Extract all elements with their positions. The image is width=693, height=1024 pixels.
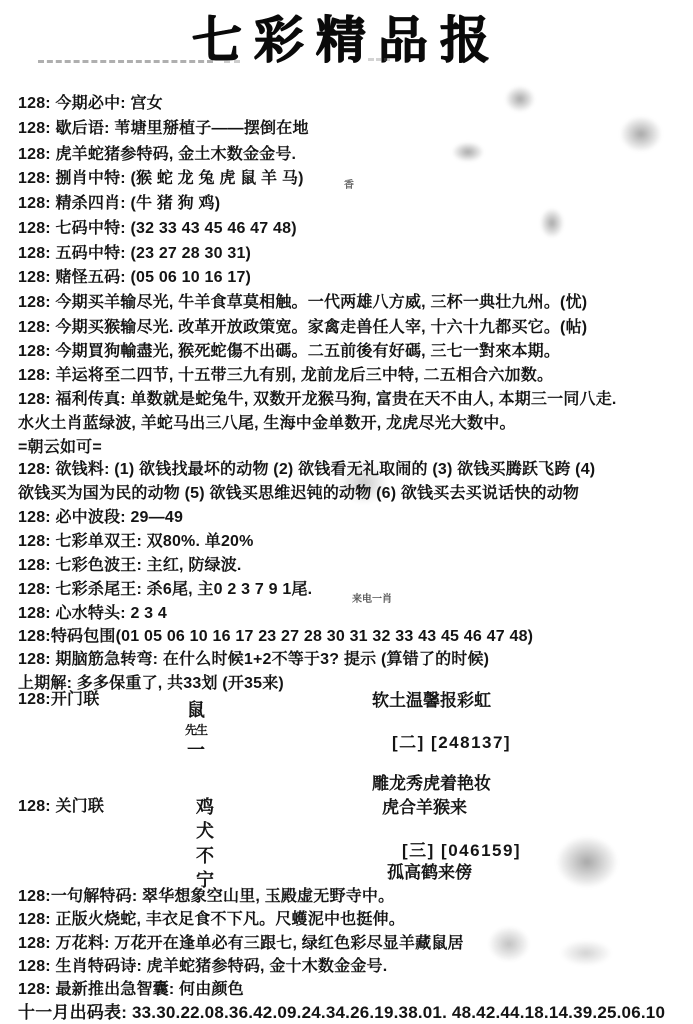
text-line: 128: 期脑筋急转弯: 在什么时候1+2不等于3? 提示 (算错了的时候) <box>18 652 489 668</box>
close-couplet-line1: 虎合羊猴来 <box>382 799 467 816</box>
dashed-underline <box>368 58 390 61</box>
text-line: 128: 今期买猴输尽光. 改革开放政策宽。家禽走兽任人宰, 十六十九都买它。(… <box>18 320 587 336</box>
scan-artifact <box>620 116 662 152</box>
phone-note: 来电一肖 <box>352 590 392 605</box>
close-couplet-code: [三] [046159] <box>402 842 521 859</box>
dashed-underline <box>224 60 240 63</box>
pillar-char: 不 <box>196 844 214 868</box>
pillar-char: 犬 <box>196 819 214 843</box>
close-couplet-label: 128: 关门联 <box>18 799 104 815</box>
text-line: 128: 羊运将至二四节, 十五带三九有别, 龙前龙后三中特, 二五相合六加数。 <box>18 368 553 384</box>
open-couplet-line2: 雕龙秀虎着艳妆 <box>372 775 491 792</box>
text-line: 128: 虎羊蛇猪参特码, 金土木数金金号. <box>18 147 296 163</box>
text-line: 十一月出码表: 33.30.22.08.36.42.09.24.34.26.19… <box>18 1004 665 1021</box>
pillar-char: 鼠 <box>187 698 205 722</box>
pillar-char: 先生 <box>185 722 207 738</box>
open-couplet-label: 128:开门联 <box>18 692 99 708</box>
scan-artifact <box>540 208 564 238</box>
text-line: 128: 生肖特码诗: 虎羊蛇猪参特码, 金十木数金金号. <box>18 959 387 975</box>
text-line: 128: 七码中特: (32 33 43 45 46 47 48) <box>18 221 297 237</box>
close-couplet-line2: 孤高鹤来傍 <box>387 864 472 881</box>
text-line: 128: 正版火烧蛇, 丰衣足食不下凡。尺蠖泥中也挺伸。 <box>18 912 405 928</box>
text-line: 水火土肖蓝绿波, 羊蛇马出三八尾, 生海中金单数开, 龙虎尽光大数中。 <box>18 416 516 432</box>
text-line: 128: 福利传真: 单数就是蛇兔牛, 双数开龙猴马狗, 富贵在天不由人, 本期… <box>18 392 617 408</box>
pillar-char: 一 <box>187 738 205 762</box>
text-line: 上期解: 多多保重了, 共33划 (开35来) <box>18 676 284 692</box>
scan-artifact <box>505 86 535 112</box>
text-line: 128: 七彩色波王: 主红, 防绿波. <box>18 558 242 574</box>
scan-artifact <box>488 926 530 962</box>
text-line: =朝云如可= <box>18 440 102 456</box>
close-couplet-pillar: 鸡 犬 不 宁 <box>190 795 220 892</box>
text-line: 128:一句解特码: 翠华想象空山里, 玉殿虚无野寺中。 <box>18 889 394 905</box>
text-line: 128: 七彩杀尾王: 杀6尾, 主0 2 3 7 9 1尾. <box>18 582 312 598</box>
text-line: 128: 七彩单双王: 双80%. 单20% <box>18 534 254 550</box>
text-line: 128: 必中波段: 29—49 <box>18 510 183 526</box>
scan-artifact <box>560 940 612 966</box>
text-line: 128: 五码中特: (23 27 28 30 31) <box>18 246 251 262</box>
open-couplet-line1: 软土温馨报彩虹 <box>372 692 491 709</box>
text-line: 128: 万花料: 万花开在逢单必有三跟七, 绿红色彩尽显羊藏鼠居 <box>18 936 464 952</box>
text-line: 128:特码包围(01 05 06 10 16 17 23 27 28 30 3… <box>18 629 533 645</box>
open-couplet-code: [二] [248137] <box>392 734 511 751</box>
scanned-report-page: 七彩精品报 128: 今期必中: 宫女 128: 歇后语: 苇塘里掰植子——摆倒… <box>0 0 693 1024</box>
pillar-char: 鸡 <box>196 795 214 819</box>
text-line: 128: 今期买羊输尽光, 牛羊食草莫相触。一代两雄八方威, 三杯一典壮九州。(… <box>18 295 587 311</box>
text-line: 128: 赌怪五码: (05 06 10 16 17) <box>18 270 251 286</box>
text-line: 欲钱买为国为民的动物 (5) 欲钱买思维迟钝的动物 (6) 欲钱买去买说话快的动… <box>18 486 579 502</box>
dashed-underline <box>38 60 213 63</box>
text-line: 128: 精杀四肖: (牛 猪 狗 鸡) <box>18 196 220 212</box>
scan-artifact <box>556 836 618 888</box>
text-line: 128: 今期買狗輸盡光, 猴死蛇傷不出碼。二五前後有好碼, 三七一對來本期。 <box>18 344 560 360</box>
open-couplet-pillar: 鼠 先生 一 <box>180 698 212 763</box>
text-line: 128: 欲钱料: (1) 欲钱找最坏的动物 (2) 欲钱看无礼取闹的 (3) … <box>18 462 595 478</box>
seal-char: 香 <box>344 176 354 191</box>
text-line: 128: 捌肖中特: (猴 蛇 龙 兔 虎 鼠 羊 马) <box>18 171 304 187</box>
text-line: 128: 今期必中: 宫女 <box>18 96 163 112</box>
text-line: 128: 最新推出急智囊: 何由颜色 <box>18 982 244 998</box>
scan-artifact <box>452 142 484 162</box>
text-line: 128: 歇后语: 苇塘里掰植子——摆倒在地 <box>18 121 309 137</box>
text-line: 128: 心水特头: 2 3 4 <box>18 606 167 622</box>
